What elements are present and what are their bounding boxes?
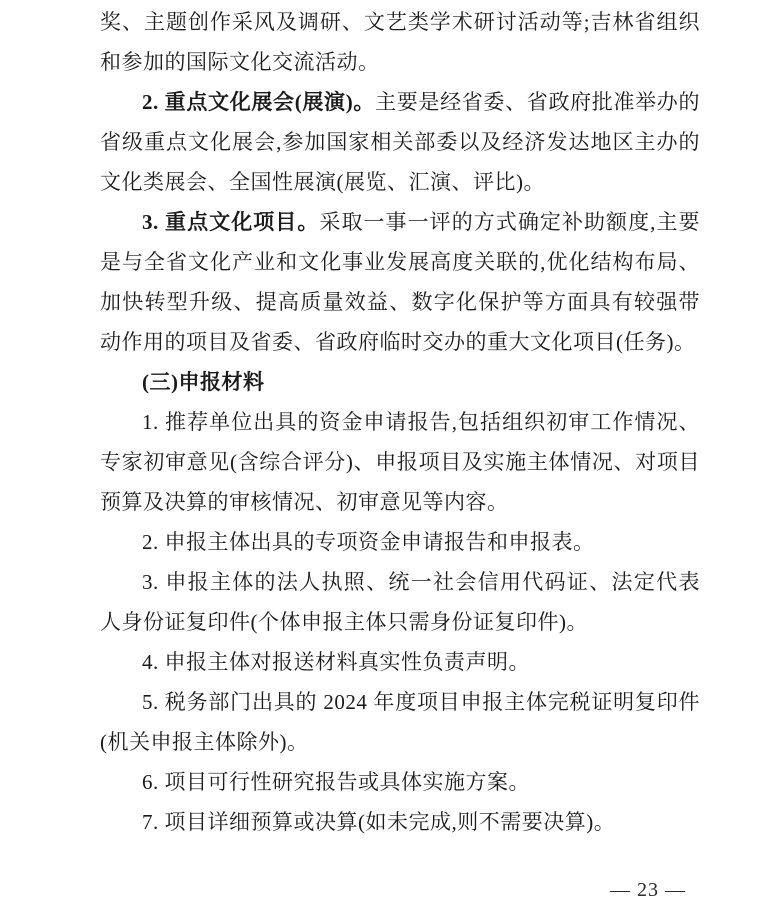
paragraph: 3. 重点文化项目。采取一事一评的方式确定补助额度,主要是与全省文化产业和文化事…	[100, 202, 700, 362]
text-segment: 2. 申报主体出具的专项资金申请报告和申报表。	[142, 530, 595, 554]
text-segment: 3. 申报主体的法人执照、统一社会信用代码证、法定代表人身份证复印件(个体申报主…	[100, 570, 700, 634]
text-segment: 1. 推荐单位出具的资金申请报告,包括组织初审工作情况、专家初审意见(含综合评分…	[100, 410, 700, 514]
paragraph: 2. 重点文化展会(展演)。主要是经省委、省政府批准举办的省级重点文化展会,参加…	[100, 82, 700, 202]
document-page: 奖、主题创作采风及调研、文艺类学术研讨活动等;吉林省组织和参加的国际文化交流活动…	[0, 0, 782, 914]
document-body: 奖、主题创作采风及调研、文艺类学术研讨活动等;吉林省组织和参加的国际文化交流活动…	[100, 2, 700, 842]
bold-text-segment: 3. 重点文化项目。	[142, 210, 319, 234]
text-segment: 7. 项目详细预算或决算(如未完成,则不需要决算)。	[142, 810, 615, 834]
bold-text-segment: 2. 重点文化展会(展演)。	[142, 90, 375, 114]
text-segment: 奖、主题创作采风及调研、文艺类学术研讨活动等;吉林省组织和参加的国际文化交流活动…	[100, 10, 700, 74]
paragraph: 4. 申报主体对报送材料真实性负责声明。	[100, 642, 700, 682]
paragraph: 5. 税务部门出具的 2024 年度项目申报主体完税证明复印件(机关申报主体除外…	[100, 682, 700, 762]
page-footer: — 23 —	[610, 879, 686, 902]
paragraph: 1. 推荐单位出具的资金申请报告,包括组织初审工作情况、专家初审意见(含综合评分…	[100, 402, 700, 522]
paragraph: 6. 项目可行性研究报告或具体实施方案。	[100, 762, 700, 802]
text-segment: 6. 项目可行性研究报告或具体实施方案。	[142, 770, 530, 794]
paragraph: 2. 申报主体出具的专项资金申请报告和申报表。	[100, 522, 700, 562]
page-number: — 23 —	[610, 879, 686, 901]
text-segment: 4. 申报主体对报送材料真实性负责声明。	[142, 650, 530, 674]
paragraph: 奖、主题创作采风及调研、文艺类学术研讨活动等;吉林省组织和参加的国际文化交流活动…	[100, 2, 700, 82]
paragraph: 3. 申报主体的法人执照、统一社会信用代码证、法定代表人身份证复印件(个体申报主…	[100, 562, 700, 642]
bold-text-segment: (三)申报材料	[142, 370, 265, 394]
text-segment: 5. 税务部门出具的 2024 年度项目申报主体完税证明复印件(机关申报主体除外…	[100, 690, 700, 754]
paragraph: 7. 项目详细预算或决算(如未完成,则不需要决算)。	[100, 802, 700, 842]
section-heading: (三)申报材料	[100, 362, 700, 402]
